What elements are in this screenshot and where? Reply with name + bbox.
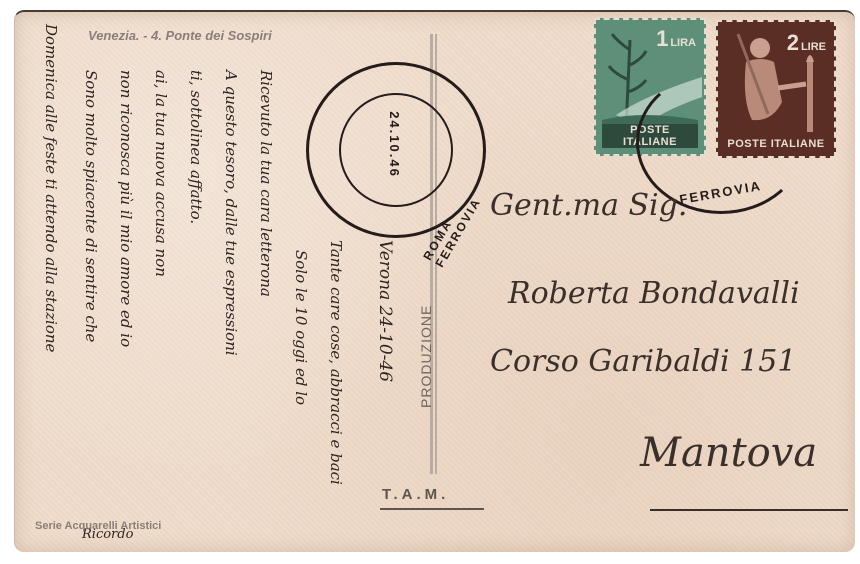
stamp-denomination: 2LIRE	[787, 30, 826, 56]
message-line: ti, sottolinea affatto.	[187, 70, 205, 224]
message-date: Verona 24-10-46	[375, 240, 395, 382]
message-line: Tante care cose, abbracci e baci	[327, 240, 345, 485]
postmark-roma-ferrovia: 24.10.46 ROMA FERROVIA	[306, 62, 486, 238]
address-underline	[650, 509, 848, 511]
message-line: non riconosca più il mio amore ed io	[117, 70, 135, 347]
message-line: Solo le 10 oggi ed lo	[292, 250, 310, 405]
address-street: Corso Garibaldi 151	[490, 344, 796, 379]
postmark-text: FERROVIA	[678, 178, 763, 207]
postmark-date: 24.10.46	[387, 111, 402, 178]
address-name: Roberta Bondavalli	[508, 276, 800, 311]
publisher-underline	[380, 508, 484, 510]
series-label: Serie Acquarelli Artistici	[35, 520, 161, 532]
message-line: A questo tesoro, dalle tue espressioni	[222, 70, 240, 356]
publisher-mark: T.A.M.	[382, 486, 449, 503]
produzione-label: PRODUZIONE	[418, 305, 434, 408]
address-city: Mantova	[640, 430, 817, 476]
printed-caption: Venezia. - 4. Ponte dei Sospiri	[88, 28, 272, 43]
message-line: Sono molto spiacente di sentire che	[82, 70, 100, 342]
message-line: Domenica alle feste ti attendo alla staz…	[42, 24, 60, 352]
stamp-denomination: 1LIRA	[656, 26, 696, 52]
address-salutation: Gent.ma Sig.	[490, 188, 687, 223]
message-line: Ricevuto la tua cara letterona	[257, 70, 275, 297]
message-line: ai, la tua nuova accusa non	[152, 70, 170, 277]
